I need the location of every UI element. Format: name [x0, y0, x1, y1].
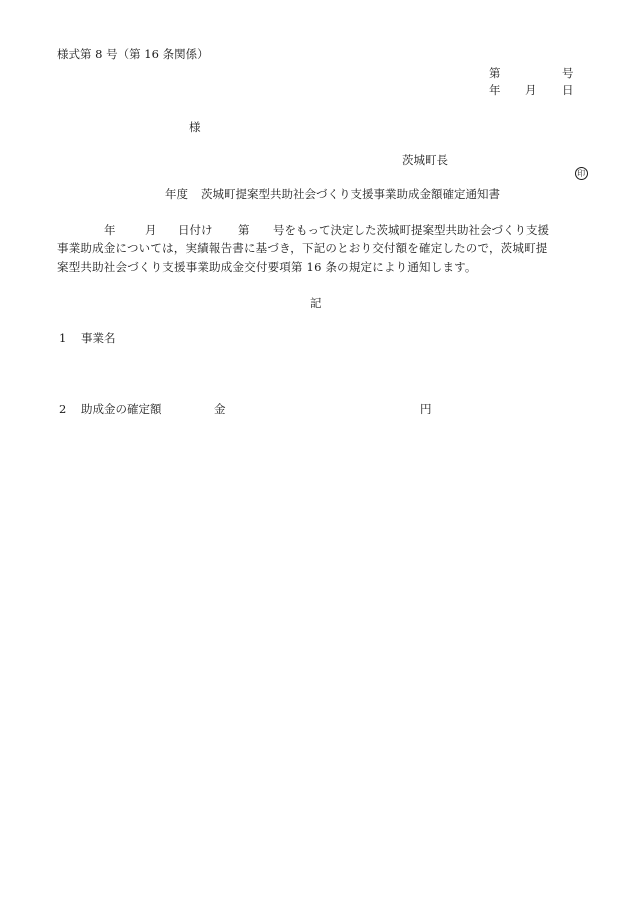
seal-icon: 印: [575, 167, 588, 180]
item-2-number: 2: [59, 404, 66, 416]
body-line-3: 案型共助社会づくり支援事業助成金交付要項第 16 条の規定により通知します。: [57, 262, 572, 274]
seal-mark: 印: [560, 155, 588, 191]
body-number-prefix: 第: [238, 225, 250, 237]
body-line1-rest: 号をもって決定した茨城町提案型共助社会づくり支援: [273, 225, 549, 237]
document-number-prefix: 第: [489, 68, 501, 80]
item-2-amount-prefix: 金: [214, 404, 226, 416]
document-page: 様式第 8 号（第 16 条関係） 第 号 年 月 日 様 茨城町長 印 年度 …: [0, 0, 630, 903]
ki-heading: 記: [310, 298, 322, 310]
date-year: 年: [489, 85, 501, 97]
item-1-label: 事業名: [81, 333, 116, 345]
item-2-amount-suffix: 円: [420, 404, 432, 416]
document-title: 茨城町提案型共助社会づくり支援事業助成金額確定通知書: [201, 189, 500, 201]
title-prefix: 年度: [165, 189, 188, 201]
item-1-number: 1: [59, 333, 66, 345]
body-year: 年: [104, 225, 116, 237]
body-line-2: 事業助成金については，実績報告書に基づき，下記のとおり交付額を確定したので，茨城…: [57, 243, 572, 255]
item-2-label: 助成金の確定額: [81, 404, 162, 416]
issuer-name: 茨城町長: [402, 155, 448, 167]
date-month: 月: [525, 85, 537, 97]
body-day-dated: 日付け: [178, 225, 213, 237]
document-number-suffix: 号: [562, 68, 574, 80]
addressee-suffix: 様: [189, 122, 201, 134]
form-label: 様式第 8 号（第 16 条関係）: [57, 49, 209, 61]
date-day: 日: [562, 85, 574, 97]
body-month: 月: [145, 225, 157, 237]
